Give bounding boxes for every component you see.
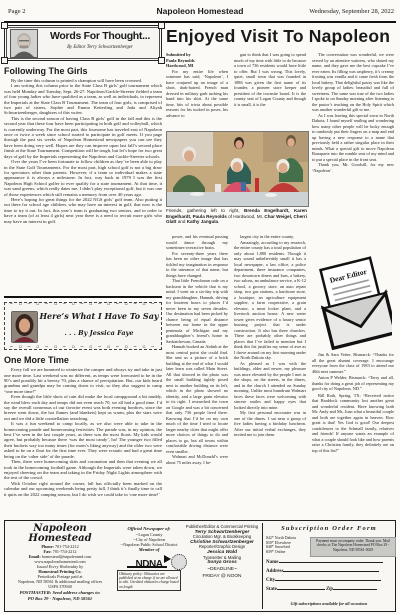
postmaster-line: POSTMASTER: Send address changes to:: [7, 590, 113, 595]
frame-ornament: [158, 22, 165, 29]
payment-note: Payment must accompany order. Thank you.…: [310, 537, 396, 557]
footer-divider: [262, 523, 263, 609]
article-col2-bottom: largest city in the entire county.Amazin…: [234, 234, 306, 516]
article-paragraph: Thank you, Mr. Goodsill, for my new ‘Nap…: [312, 162, 394, 173]
zip-label: Zip: [326, 587, 333, 592]
words-for-thought-header: Words For Thought... By Editor Terry Sch…: [4, 25, 162, 61]
letter: Jim & Sara Vetter, Bismarck: “Thanks for…: [312, 352, 394, 374]
masthead-box: Napoleon Homestead Phone: 701-754-2212 F…: [4, 520, 396, 612]
article-paragraph: power, and his eventual passing would da…: [166, 234, 228, 251]
words-for-thought-byline: By Editor Terry Schwartzenberger: [41, 45, 159, 50]
heres-what-byline: . . . By Jessica Faye: [39, 329, 159, 337]
caption-text: Friends, gathering left to right,: [166, 208, 244, 213]
friends-group-photo: [166, 131, 309, 207]
state-label: State: [266, 587, 277, 592]
caption-names: Kathy Jangula: [187, 219, 218, 224]
article-title-one-more-time: One More Time: [4, 355, 162, 365]
following-the-girls-body: By the time this column is printed a cha…: [4, 78, 162, 292]
postmaster-address: PO Box 29 - Napoleon, ND 58561: [7, 596, 113, 601]
newspaper-page: Page 2 Napoleon Homestead Wednesday, Sep…: [0, 0, 400, 614]
article-col3: The conversation was wonderful, we were …: [312, 52, 394, 254]
heres-what-header: ~ ▫ ~ ▫ ~ ▫ ~ ▫ ~ ▫ ~ ▫ ~ ▫ ~ ▫ ~ ~ ▫ ~ …: [4, 302, 162, 350]
one-more-time-body: Every fall we are bummed to winterize th…: [4, 367, 162, 527]
article-paragraph: I am writing this column prior to the St…: [4, 83, 162, 115]
address-write-in-line: [283, 567, 379, 572]
article-paragraph: Even though the little shots of rain did…: [4, 394, 162, 421]
ndna-logo-text: NDNA: [136, 559, 163, 570]
deadline-label: ~DEADLINE~: [185, 567, 259, 573]
article-paragraph: Amazingly, according to my research, the…: [234, 240, 306, 361]
obituary-policy: Obituary policy: Obituaries are publishe…: [117, 570, 181, 591]
article-paragraph: With October right around the corner, fa…: [4, 481, 162, 497]
article-title-following-the-girls: Following The Girls: [4, 66, 162, 76]
photo-caption: Friends, gathering left to right, Brenda…: [166, 208, 307, 225]
dear-editor-envelope-icon: Dear Editor: [318, 256, 392, 350]
letter: Anton P Welder, Bismarck: “Terry and all…: [312, 375, 394, 392]
article-paragraph: Every fall we are bummed to winterize th…: [4, 367, 162, 394]
frame-ornament: [158, 57, 165, 64]
letter: Bill Roth, Spring, TX: “Received notice …: [312, 393, 394, 454]
article-paragraph: Hannah booked an Airbnb at the most cent…: [166, 344, 228, 454]
masthead-title: Napoleon Homestead: [7, 524, 113, 544]
zip-write-in-line: [333, 585, 377, 590]
name-write-in-line: [279, 558, 383, 563]
state-write-in-line: [277, 585, 325, 590]
city-field: City: [266, 576, 392, 585]
article-paragraph: That little Frenchman rode on a backseat…: [166, 278, 228, 344]
rate-line: $39* Online: [266, 550, 308, 555]
caption-text: of Hardwood, MI,: [227, 214, 265, 219]
article-paragraph: Walmart and McDonald’s were about 75 mil…: [166, 454, 228, 465]
article-paragraph: It was a fun weekend to camp locally, as…: [4, 421, 162, 459]
name-field: Name: [266, 558, 392, 567]
article-paragraph: For seventy-three years there has been n…: [166, 251, 228, 279]
staff-box: Publisher/Editor & Commercial Printing T…: [185, 525, 259, 580]
subscription-rates: $42* North Dakota$50* Elsewhere$48* Snow…: [266, 536, 308, 554]
masthead: Napoleon Homestead Phone: 701-754-2212 F…: [7, 524, 113, 602]
subscription-form: Subscription Order Form $42* North Dakot…: [266, 525, 392, 532]
article-paragraph: Here’s hoping for great things for the 2…: [4, 197, 162, 224]
article-col1-top: Submitted by Paula Reynolds Hardwood, MI…: [166, 52, 228, 130]
article-paragraph: The conversation was wonderful, we were …: [312, 52, 394, 113]
official-newspaper-section: Official Newspaper of: --Logan County--C…: [117, 526, 181, 591]
subscription-title: Subscription Order Form: [266, 525, 392, 532]
subscription-fields: Name Address City State Zip: [266, 558, 392, 594]
article-paragraph: For my entire life when someone has said…: [166, 69, 228, 119]
state-zip-field: State Zip: [266, 585, 392, 594]
usps-number: USPS 370940: [7, 584, 113, 589]
article-col1-bottom: power, and his eventual passing would da…: [166, 234, 228, 516]
columnist-photo: [11, 311, 38, 343]
caption-text: and: [176, 219, 186, 224]
heres-what-title: Here’s What I Have To Say: [39, 311, 159, 321]
address-label: Address: [266, 569, 283, 574]
issue-date: Wednesday, September 28, 2022: [309, 8, 394, 15]
page-header: Page 2 Napoleon Homestead Wednesday, Sep…: [4, 6, 396, 20]
section-divider: [4, 296, 162, 298]
gift-note: Gift subscriptions available for all occ…: [266, 601, 392, 606]
article-paragraph: Then, there were homecoming skits and co…: [4, 459, 162, 481]
address-field: Address: [266, 567, 392, 576]
frame-ornament: [1, 22, 8, 29]
article-paragraph: As pleased as I was with the buildings, …: [234, 361, 306, 411]
official-item: --Napoleon Public School District: [117, 542, 181, 547]
article-paragraph: Over the years I’ve been fortunate to fo…: [4, 159, 162, 197]
words-for-thought-title: Words For Thought...: [41, 30, 159, 42]
editor-photo: [10, 29, 38, 58]
decor-border-top: ~ ▫ ~ ▫ ~ ▫ ~ ▫ ~ ▫ ~ ▫ ~ ▫ ~ ▫ ~: [5, 302, 161, 307]
city-write-in-line: [275, 576, 381, 581]
member-of-label: Member of: [117, 547, 181, 553]
decor-border-bottom: ~ ▫ ~ ▫ ~ ▫ ~ ▫ ~ ▫ ~ ▫ ~ ▫ ~ ▫ ~: [5, 345, 161, 350]
frame-ornament: [1, 57, 8, 64]
staff-name: Sonya Gross: [185, 560, 259, 565]
caption-text: .: [218, 219, 219, 224]
article-paragraph: My first personal encounter was in one o…: [234, 410, 306, 438]
article-paragraph: As I was leaving this special town in No…: [312, 113, 394, 163]
article-paragraph: This is the second season of having Clas…: [4, 116, 162, 159]
article-paragraph: gan to think that I was going to spend m…: [234, 52, 306, 107]
ndna-logo: NDNA: [127, 554, 171, 567]
left-column: Words For Thought... By Editor Terry Sch…: [4, 25, 162, 527]
header-rule: [4, 21, 396, 23]
dear-editor-letters: Jim & Sara Vetter, Bismarck: “Thanks for…: [312, 352, 394, 516]
ndna-flag-icon: [164, 555, 171, 563]
article-col2-top: gan to think that I was going to spend m…: [234, 52, 306, 130]
ndna-logo-bar: [127, 566, 167, 569]
name-label: Name: [266, 560, 279, 565]
official-items: --Logan County--City of Napoleon--Napole…: [117, 532, 181, 547]
deadline-time: FRIDAY @ NOON: [185, 574, 259, 580]
city-label: City: [266, 578, 275, 583]
main-headline: Enjoyed Visit To Napoleon: [166, 26, 398, 47]
